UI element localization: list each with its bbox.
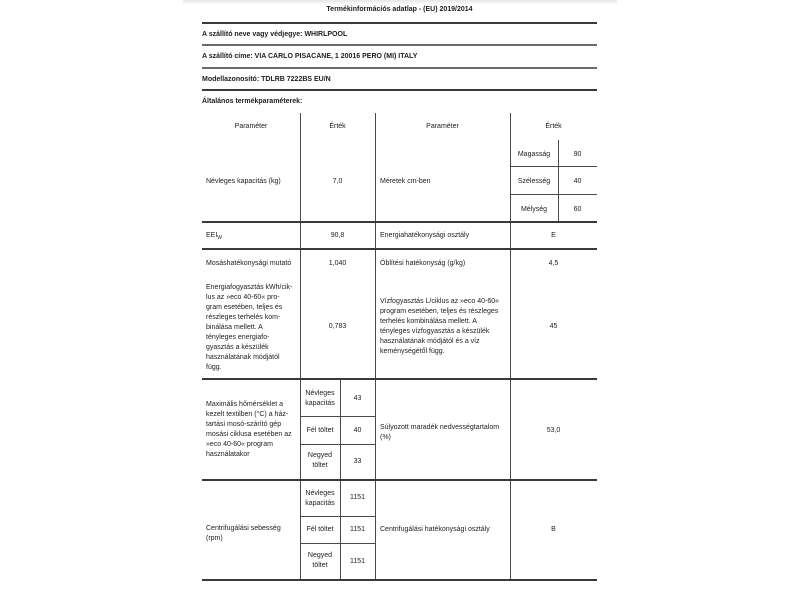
text-line: töltet [300,561,340,571]
width-label: Szélesség [510,177,558,186]
text-line: használatának módjától és a víz [380,337,510,347]
water-consumption-value: 45 [510,322,597,331]
row-divider [202,248,597,250]
row-divider [300,516,375,517]
text-line: lus az »eco 40-60« pro- [206,293,298,303]
text-line: függ. [206,363,298,373]
washing-index-value: 1,040 [300,259,375,268]
height-value: 90 [558,150,597,159]
model-identifier: Modellazonosító: TDLRB 7222BS EU/N [202,75,597,84]
row-divider [510,194,597,195]
spin-class-label: Centrifugálási hatékonysági osztály [380,525,490,534]
divider [202,22,597,24]
text-line: tartási mosó-szárító gép [206,420,298,430]
temp-quarter-load-value: 33 [340,457,375,466]
row-divider [300,444,375,445]
header-value-1: Érték [300,122,375,131]
text-line: kezelt textilben (°C) a ház- [206,410,298,420]
row-divider [202,479,597,481]
row-divider [300,543,375,544]
moisture-value: 53,0 [510,426,597,435]
spin-speed-label: Centrifugálási sebesség(rpm) [206,524,298,544]
text-line: Vízfogyasztás L/ciklus az »eco 40-60« [380,297,510,307]
capacity-label: Névleges kapacitás (kg) [206,177,281,186]
energy-class-value: E [510,231,597,240]
spin-rated-capacity-label: Névlegeskapacitás [300,489,340,509]
spin-half-load-value: 1151 [340,525,375,534]
text-line: gyasztás a készülék [206,343,298,353]
spin-class-value: B [510,525,597,534]
temp-half-load-label: Fél töltet [300,426,340,436]
spin-half-load-label: Fél töltet [300,525,340,535]
header-parameter-1: Paraméter [202,122,300,131]
row-divider [300,416,375,417]
row-divider [202,579,597,581]
rinsing-label: Öblítési hatékonyság (g/kg) [380,259,465,268]
supplier-address: A szállító címe: VIA CARLO PISACANE, 1 2… [202,52,597,61]
spin-quarter-load-value: 1151 [340,557,375,566]
divider [202,44,597,46]
max-temperature-label: Maximális hőmérséklet akezelt textilben … [206,400,298,460]
document-title: Termékinformációs adatlap - (EU) 2019/20… [202,5,597,14]
text-line: mosási ciklusa esetében az [206,430,298,440]
moisture-label: Súlyozott maradék nedvességtartalom(%) [380,423,510,443]
energy-consumption-label: Energiafogyasztás kWh/cik-lus az »eco 40… [206,283,298,373]
text-line: Energiafogyasztás kWh/cik- [206,283,298,293]
header-value-2: Érték [510,122,597,131]
text-line: »eco 40-60« program [206,440,298,450]
text-line: Névleges [300,489,340,499]
row-divider [510,166,597,167]
text-line: keménységétől függ. [380,347,510,357]
capacity-value: 7,0 [300,177,375,186]
energy-consumption-value: 0,783 [300,322,375,331]
text-line: terhelés kombinálása mellett. A [380,317,510,327]
row-divider [202,378,597,380]
spin-rated-capacity-value: 1151 [340,493,375,502]
eei-value: 90,8 [300,231,375,240]
text-line: használatakor [206,450,298,460]
height-label: Magasság [510,150,558,159]
water-consumption-label: Vízfogyasztás L/ciklus az »eco 40-60«pro… [380,297,510,357]
dimensions-label: Méretek cm-ben [380,177,431,186]
text-line: Negyed [300,551,340,561]
divider [202,89,597,91]
text-line: (%) [380,433,510,443]
text-line: Súlyozott maradék nedvességtartalom [380,423,510,433]
eei-label: EEIW [206,231,222,240]
text-line: Negyed [300,451,340,461]
text-line: használatának módjától [206,353,298,363]
energy-class-label: Energiahatékonysági osztály [380,231,469,240]
text-line: kapacitás [300,399,340,409]
depth-label: Mélység [510,205,558,214]
text-line: Maximális hőmérséklet a [206,400,298,410]
rinsing-value: 4,5 [510,259,597,268]
width-value: 40 [558,177,597,186]
text-line: Névleges [300,389,340,399]
text-line: (rpm) [206,534,298,544]
text-line: Fél töltet [300,525,340,535]
text-line: Centrifugálási sebesség [206,524,298,534]
depth-value: 60 [558,205,597,214]
column-divider [375,113,376,580]
washing-index-label: Mosáshatékonysági mutató [206,259,291,268]
text-line: gram esetében, teljes és [206,303,298,313]
text-line: kapacitás [300,499,340,509]
text-line: binálása mellett. A [206,323,298,333]
text-line: program esetében, teljes és részleges [380,307,510,317]
text-line: tényleges energiafo- [206,333,298,343]
text-line: tényleges vízfogyasztás a készülék [380,327,510,337]
header-parameter-2: Paraméter [375,122,510,131]
supplier-name: A szállító neve vagy védjegye: WHIRLPOOL [202,30,597,39]
temp-half-load-value: 40 [340,426,375,435]
text-line: Fél töltet [300,426,340,436]
temp-rated-capacity-label: Névlegeskapacitás [300,389,340,409]
temp-quarter-load-label: Negyedtöltet [300,451,340,471]
text-line: töltet [300,461,340,471]
text-line: részleges terhelés kom- [206,313,298,323]
divider [202,67,597,69]
section-title: Általános termékparaméterek: [202,97,597,106]
row-divider [202,221,597,223]
temp-rated-capacity-value: 43 [340,394,375,403]
spin-quarter-load-label: Negyedtöltet [300,551,340,571]
